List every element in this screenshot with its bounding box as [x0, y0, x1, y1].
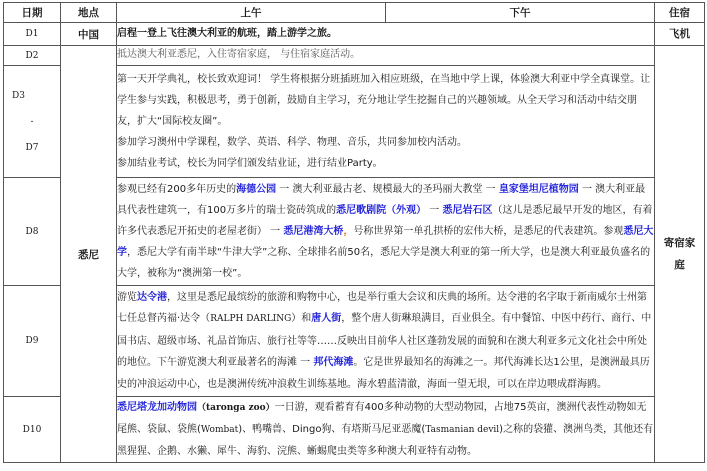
- activity-cell: 游览达令港，这里是悉尼最缤纷的旅游和购物中心，也是举行重大会议和庆典的场所。达令…: [117, 286, 655, 397]
- header-date: 日期: [4, 3, 61, 23]
- location-cell: 悉尼: [61, 46, 117, 463]
- highlighted-place: 悉尼岩石区: [442, 205, 492, 216]
- highlighted-place: 悉尼歌剧院（外观）: [336, 205, 426, 216]
- header-accommodation: 住宿: [655, 3, 705, 23]
- latin-text: Tasmanian devil: [425, 425, 499, 435]
- day-cell: D10: [4, 397, 61, 463]
- text-segment: 游览: [117, 292, 137, 303]
- day-cell: D8: [4, 178, 61, 286]
- location-cell: 中国: [61, 23, 117, 46]
- day-cell: D2: [4, 46, 61, 66]
- activity-cell: 第一天开学典礼，校长致欢迎词！ 学生将根据分班插班加入相应班级，在当地中学上课，…: [117, 66, 655, 178]
- activity-cell: 参观已经有200多年历史的海德公园 一 澳大利亚最古老、规模最大的圣玛丽大教堂 …: [117, 178, 655, 286]
- activity-cell: 抵达澳大利亚悉尼，入住寄宿家庭， 与住宿家庭活动。: [117, 46, 655, 66]
- accommodation-cell: 飞机: [655, 23, 705, 46]
- day-cell: D1: [4, 23, 61, 46]
- header-row: 日期 地点 上午 下午 住宿: [4, 3, 705, 23]
- header-location: 地点: [61, 3, 117, 23]
- activity-paragraph: 参加学习澳州中学课程，数学、英语、科学、物理、音乐，共同参加校内活动。: [117, 132, 654, 153]
- latin-text: （taronga zoo）: [197, 403, 275, 413]
- day-end: D7: [4, 135, 60, 161]
- text-segment: ）和: [291, 313, 311, 324]
- text-segment: 一: [426, 205, 442, 216]
- day-start: D3: [4, 83, 60, 109]
- highlighted-place: 悉尼塔龙加动物园: [117, 402, 197, 413]
- activity-cell: 启程一登上飞往澳大利亚的航班，踏上游学之旅。: [117, 23, 655, 46]
- itinerary-table: 日期 地点 上午 下午 住宿 D1 中国 启程一登上飞往澳大利亚的航班，踏上游学…: [3, 2, 705, 463]
- header-afternoon: 下午: [386, 3, 655, 23]
- text-segment: 号称世界第一单孔拱桥的宏伟大桥，是悉尼的代表建筑。参观: [353, 226, 623, 237]
- highlighted-place: 唐人街: [311, 313, 341, 324]
- highlighted-place: 悉尼港湾大桥: [283, 226, 343, 237]
- latin-text: Wombat: [201, 425, 238, 435]
- table-row-d2: D2 悉尼 抵达澳大利亚悉尼，入住寄宿家庭， 与住宿家庭活动。 寄宿家庭: [4, 46, 705, 66]
- activity-paragraph: 参加结业考试，校长为同学们颁发结业证，进行结业Party。: [117, 153, 654, 174]
- day-cell: D9: [4, 286, 61, 397]
- punctuation: ，: [343, 226, 353, 237]
- activity-cell: 悉尼塔龙加动物园（taronga zoo）一日游，观看蓄育有400多种动物的大型…: [117, 397, 655, 463]
- highlighted-place: 达令港: [137, 292, 167, 303]
- highlighted-place: 皇家堡坦尼植物园: [499, 184, 579, 195]
- text-segment: ，悉尼大学有南半球“牛津大学”之称、全球排名前50名，悉尼大学是澳大利亚的第一所…: [117, 247, 650, 279]
- text-segment: 一 澳大利亚最古老、规模最大的圣玛丽大教堂 一: [276, 184, 499, 195]
- highlighted-place: 海德公园: [236, 184, 276, 195]
- day-range-cell: D3 - D7: [4, 66, 61, 178]
- day-separator: -: [4, 109, 60, 135]
- activity-paragraph: 第一天开学典礼，校长致欢迎词！ 学生将根据分班插班加入相应班级，在当地中学上课，…: [117, 69, 654, 132]
- latin-text: RALPH DARLING: [210, 314, 291, 324]
- highlighted-place: 邦代海滩: [313, 357, 353, 368]
- table-row-d1: D1 中国 启程一登上飞往澳大利亚的航班，踏上游学之旅。 飞机: [4, 23, 705, 46]
- text-segment: 参观已经有200多年历史的: [117, 184, 236, 195]
- header-morning: 上午: [117, 3, 386, 23]
- accommodation-cell: 寄宿家庭: [655, 46, 705, 463]
- text-segment: )、鸭嘴兽、Dingo狗、有塔斯马尼亚恶魔(: [238, 424, 425, 435]
